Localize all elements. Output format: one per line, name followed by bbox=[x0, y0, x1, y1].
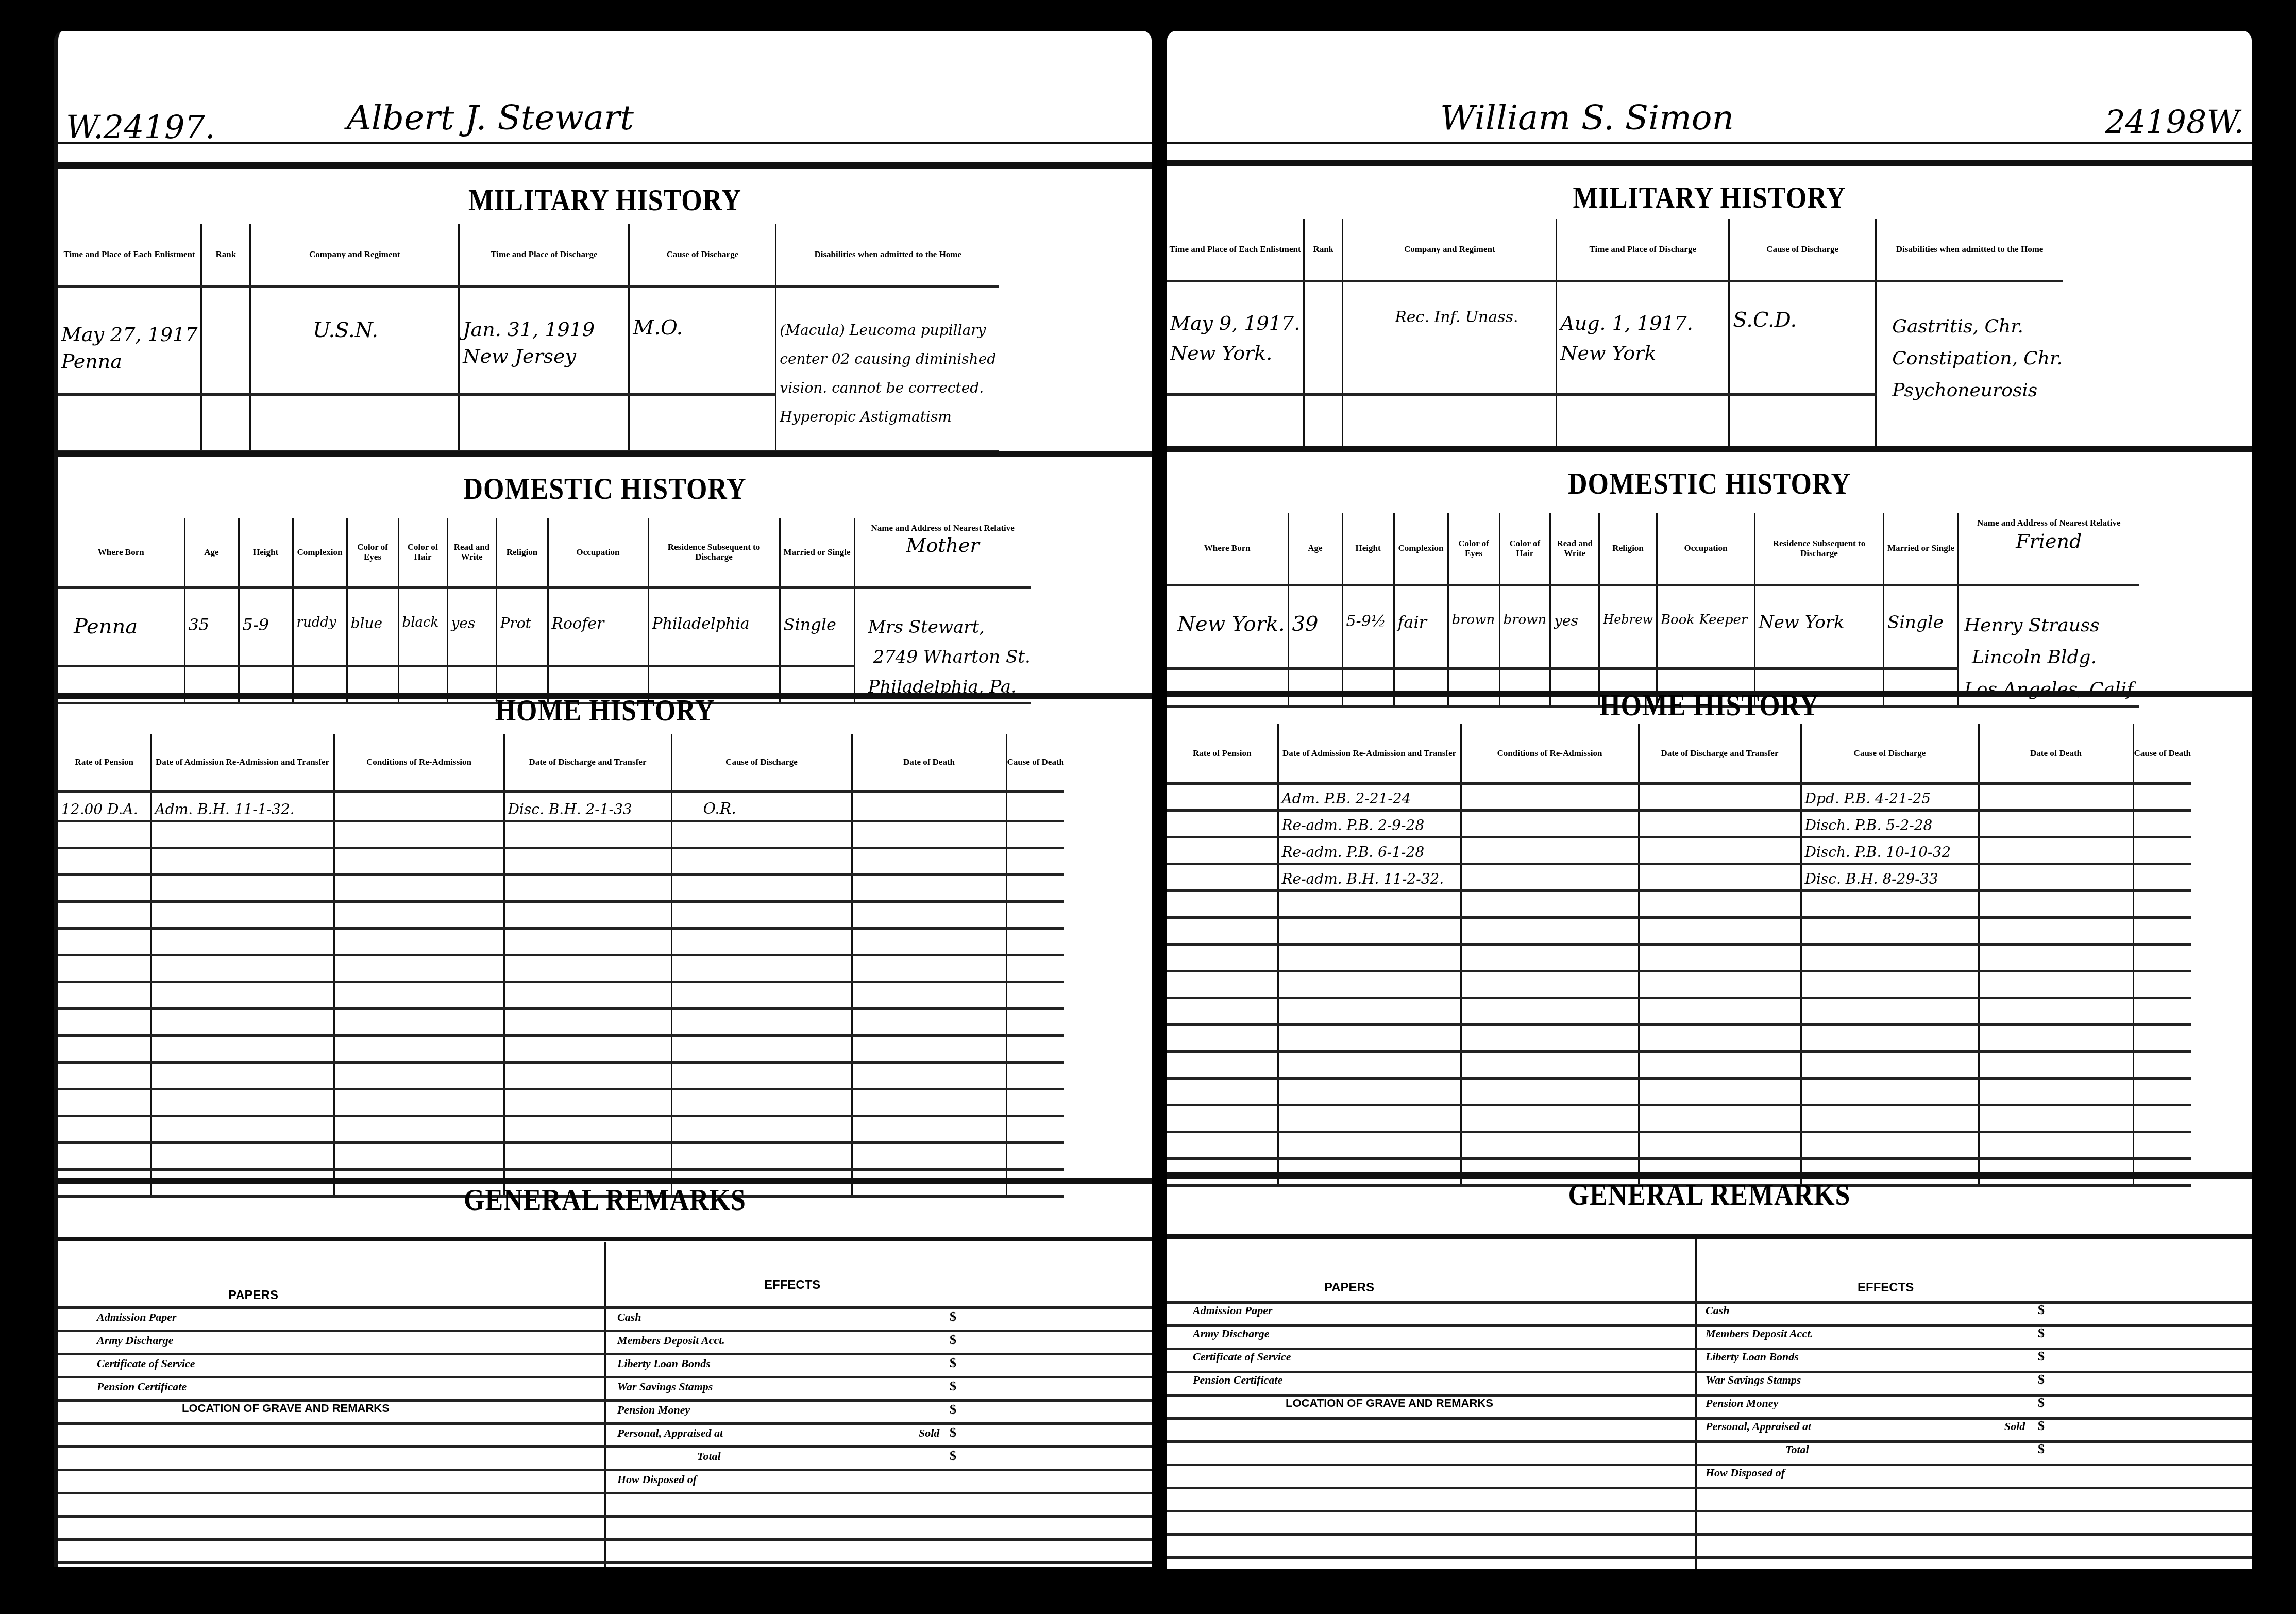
papers-pension-certificate: Pension Certificate bbox=[1193, 1373, 1282, 1387]
right-record-page: William S. Simon 24198W. MILITARY HISTOR… bbox=[1167, 31, 2252, 1569]
col-occupation: Occupation bbox=[1657, 513, 1754, 585]
dollar-sign: $ bbox=[2038, 1418, 2045, 1434]
discharge-date: Aug. 1, 1917. bbox=[1560, 308, 1725, 338]
member-name: Albert J. Stewart bbox=[347, 98, 634, 138]
general-remarks-title: GENERAL REMARKS bbox=[58, 1183, 1152, 1218]
col-discharge: Date of Discharge and Transfer bbox=[1639, 724, 1801, 783]
cause-value: Disch. P.B. 10-10-32 bbox=[1801, 837, 1979, 864]
military-history-title: MILITARY HISTORY bbox=[58, 183, 1152, 218]
eyes-value: blue bbox=[347, 587, 398, 666]
col-conditions: Conditions of Re-Admission bbox=[334, 734, 504, 791]
married-value: Single bbox=[1883, 585, 1958, 669]
hair-value: brown bbox=[1499, 585, 1550, 669]
col-discharge: Time and Place of Discharge bbox=[459, 224, 629, 286]
military-history-table: Time and Place of Each Enlistment Rank C… bbox=[58, 224, 999, 452]
military-history-table: Time and Place of Each Enlistment Rank C… bbox=[1167, 219, 2063, 452]
effects-pension-money: Pension Money bbox=[617, 1403, 690, 1417]
col-discharge: Time and Place of Discharge bbox=[1557, 219, 1729, 281]
death-cause-value bbox=[2133, 837, 2191, 864]
religion-value: Prot bbox=[496, 587, 548, 666]
table-row: May 9, 1917. New York. Rec. Inf. Unass. … bbox=[1167, 281, 2063, 394]
admission-value: Re-adm. B.H. 11-2-32. bbox=[1278, 864, 1461, 890]
name-line bbox=[58, 142, 1152, 144]
cause-value: Disc. B.H. 8-29-33 bbox=[1801, 864, 1979, 890]
effects-heading: EFFECTS bbox=[1858, 1281, 1914, 1295]
effects-cash: Cash bbox=[617, 1310, 641, 1324]
age-value: 35 bbox=[184, 587, 239, 666]
where-born-value: Penna bbox=[58, 587, 184, 666]
cause-value: Dpd. P.B. 4-21-25 bbox=[1801, 783, 1979, 810]
sold-label: Sold bbox=[919, 1426, 939, 1440]
company-value: Rec. Inf. Unass. bbox=[1343, 281, 1557, 394]
effects-members-deposit: Members Deposit Acct. bbox=[1706, 1327, 1813, 1340]
col-eyes: Color of Eyes bbox=[347, 518, 398, 587]
effects-how-disposed: How Disposed of bbox=[1706, 1466, 1785, 1479]
death-cause-value bbox=[1006, 791, 1064, 821]
home-history-table: Rate of Pension Date of Admission Re-Adm… bbox=[1167, 724, 2191, 1187]
effects-cash: Cash bbox=[1706, 1304, 1729, 1317]
discharge-value bbox=[1639, 810, 1801, 837]
effects-personal-appraised: Personal, Appraised at bbox=[617, 1426, 723, 1440]
col-hair: Color of Hair bbox=[398, 518, 447, 587]
col-hair: Color of Hair bbox=[1499, 513, 1550, 585]
where-born-value: New York. bbox=[1167, 585, 1288, 669]
section-divider bbox=[1167, 160, 2252, 166]
papers-pension-certificate: Pension Certificate bbox=[97, 1380, 187, 1393]
col-company: Company and Regiment bbox=[250, 224, 459, 286]
enlistment-place: New York. bbox=[1170, 338, 1300, 368]
pension-value bbox=[1167, 783, 1278, 810]
pension-value bbox=[1167, 864, 1278, 890]
col-death-date: Date of Death bbox=[852, 734, 1006, 791]
discharge-value bbox=[1639, 783, 1801, 810]
relative-line: Mrs Stewart, bbox=[868, 612, 1031, 642]
table-row: Re-adm. P.B. 2-9-28 Disch. P.B. 5-2-28 bbox=[1167, 810, 2191, 837]
complexion-value: ruddy bbox=[293, 587, 347, 666]
col-death-date: Date of Death bbox=[1979, 724, 2133, 783]
dollar-sign: $ bbox=[950, 1425, 956, 1440]
col-rank: Rank bbox=[201, 224, 250, 286]
conditions-value bbox=[1461, 837, 1639, 864]
effects-war-savings: War Savings Stamps bbox=[617, 1380, 713, 1393]
col-height: Height bbox=[1342, 513, 1394, 585]
col-admission: Date of Admission Re-Admission and Trans… bbox=[151, 734, 334, 791]
effects-how-disposed: How Disposed of bbox=[617, 1473, 697, 1486]
col-cause: Cause of Discharge bbox=[1729, 219, 1876, 281]
dollar-sign: $ bbox=[2038, 1395, 2045, 1410]
col-age: Age bbox=[184, 518, 239, 587]
read-write-value: yes bbox=[447, 587, 496, 666]
effects-total: Total bbox=[1785, 1443, 1809, 1456]
rank-value bbox=[201, 286, 250, 394]
age-value: 39 bbox=[1288, 585, 1342, 669]
disability-line: center 02 causing diminished bbox=[780, 345, 996, 374]
table-row: New York. 39 5-9½ fair brown brown yes H… bbox=[1167, 585, 2139, 669]
disability-line: Psychoneurosis bbox=[1892, 375, 2063, 407]
effects-personal-appraised: Personal, Appraised at bbox=[1706, 1420, 1811, 1433]
effects-total: Total bbox=[697, 1450, 721, 1463]
col-eyes: Color of Eyes bbox=[1448, 513, 1499, 585]
pension-value bbox=[1167, 810, 1278, 837]
discharge-value bbox=[1639, 837, 1801, 864]
col-cause: Cause of Discharge bbox=[671, 734, 852, 791]
conditions-value bbox=[1461, 783, 1639, 810]
dollar-sign: $ bbox=[950, 1332, 956, 1348]
enlistment-place: Penna bbox=[61, 348, 197, 375]
col-residence: Residence Subsequent to Discharge bbox=[1754, 513, 1883, 585]
col-where-born: Where Born bbox=[58, 518, 184, 587]
col-disabilities: Disabilities when admitted to the Home bbox=[776, 224, 999, 286]
married-value: Single bbox=[780, 587, 854, 666]
table-row: Adm. P.B. 2-21-24 Dpd. P.B. 4-21-25 bbox=[1167, 783, 2191, 810]
col-height: Height bbox=[239, 518, 293, 587]
relative-line: Henry Strauss bbox=[1964, 610, 2139, 642]
section-divider bbox=[58, 1237, 1152, 1241]
effects-liberty-bonds: Liberty Loan Bonds bbox=[617, 1357, 711, 1370]
general-remarks-area: PAPERS EFFECTS Admission Paper Army Disc… bbox=[1167, 1239, 2252, 1569]
col-cause: Cause of Discharge bbox=[629, 224, 776, 286]
residence-value: New York bbox=[1754, 585, 1883, 669]
effects-war-savings: War Savings Stamps bbox=[1706, 1373, 1801, 1387]
death-date-value bbox=[1979, 783, 2133, 810]
section-divider bbox=[1167, 1234, 2252, 1239]
table-row: Re-adm. P.B. 6-1-28 Disch. P.B. 10-10-32 bbox=[1167, 837, 2191, 864]
col-relative: Name and Address of Nearest Relative bbox=[855, 523, 1031, 533]
domestic-history-table: Where Born Age Height Complexion Color o… bbox=[58, 518, 1031, 704]
effects-pension-money: Pension Money bbox=[1706, 1397, 1778, 1410]
pension-value: 12.00 D.A. bbox=[58, 791, 151, 821]
relative-line: 2749 Wharton St. bbox=[868, 642, 1031, 672]
relative-line: Lincoln Bldg. bbox=[1964, 642, 2139, 674]
col-read-write: Read and Write bbox=[1550, 513, 1599, 585]
col-pension: Rate of Pension bbox=[58, 734, 151, 791]
military-history-title: MILITARY HISTORY bbox=[1167, 181, 2252, 216]
section-divider bbox=[58, 162, 1152, 169]
dollar-sign: $ bbox=[2038, 1349, 2045, 1364]
pension-value bbox=[1167, 837, 1278, 864]
death-date-value bbox=[1979, 810, 2133, 837]
relative-relation: Mother bbox=[855, 533, 1031, 558]
papers-certificate-of-service: Certificate of Service bbox=[1193, 1350, 1291, 1364]
discharge-place: New York bbox=[1560, 338, 1725, 368]
admission-value: Adm. B.H. 11-1-32. bbox=[151, 791, 334, 821]
col-enlistment: Time and Place of Each Enlistment bbox=[1167, 219, 1304, 281]
cause-value: Disch. P.B. 5-2-28 bbox=[1801, 810, 1979, 837]
left-record-page: W.24197. Albert J. Stewart MILITARY HIST… bbox=[54, 31, 1152, 1567]
col-read-write: Read and Write bbox=[447, 518, 496, 587]
papers-army-discharge: Army Discharge bbox=[97, 1334, 174, 1347]
enlistment-date: May 9, 1917. bbox=[1170, 308, 1300, 338]
admission-value: Re-adm. P.B. 2-9-28 bbox=[1278, 810, 1461, 837]
papers-heading: PAPERS bbox=[228, 1288, 278, 1303]
col-complexion: Complexion bbox=[293, 518, 347, 587]
table-row: May 27, 1917 Penna U.S.N. Jan. 31, 1919 … bbox=[58, 286, 999, 394]
religion-value: Hebrew bbox=[1599, 585, 1657, 669]
grave-location-heading: LOCATION OF GRAVE AND REMARKS bbox=[1286, 1397, 1493, 1410]
dollar-sign: $ bbox=[950, 1378, 956, 1394]
sold-label: Sold bbox=[2004, 1420, 2025, 1433]
table-row: 12.00 D.A. Adm. B.H. 11-1-32. Disc. B.H.… bbox=[58, 791, 1064, 821]
column-divider bbox=[604, 1242, 606, 1567]
cause-value: M.O. bbox=[629, 286, 776, 394]
disability-line: (Macula) Leucoma pupillary bbox=[780, 316, 996, 345]
conditions-value bbox=[334, 791, 504, 821]
dollar-sign: $ bbox=[2038, 1372, 2045, 1387]
col-religion: Religion bbox=[1599, 513, 1657, 585]
col-enlistment: Time and Place of Each Enlistment bbox=[58, 224, 201, 286]
dollar-sign: $ bbox=[2038, 1441, 2045, 1457]
papers-army-discharge: Army Discharge bbox=[1193, 1327, 1270, 1340]
col-relative: Name and Address of Nearest Relative bbox=[1959, 518, 2139, 528]
col-pension: Rate of Pension bbox=[1167, 724, 1278, 783]
home-history-table: Rate of Pension Date of Admission Re-Adm… bbox=[58, 734, 1064, 1198]
height-value: 5-9 bbox=[239, 587, 293, 666]
death-cause-value bbox=[2133, 783, 2191, 810]
table-row: Penna 35 5-9 ruddy blue black yes Prot R… bbox=[58, 587, 1031, 666]
complexion-value: fair bbox=[1394, 585, 1448, 669]
conditions-value bbox=[1461, 864, 1639, 890]
effects-heading: EFFECTS bbox=[764, 1278, 820, 1292]
domestic-history-table: Where Born Age Height Complexion Color o… bbox=[1167, 513, 2139, 708]
col-complexion: Complexion bbox=[1394, 513, 1448, 585]
member-name: William S. Simon bbox=[1440, 98, 1734, 138]
domestic-history-title: DOMESTIC HISTORY bbox=[1167, 467, 2252, 502]
col-cause: Cause of Discharge bbox=[1801, 724, 1979, 783]
admission-value: Adm. P.B. 2-21-24 bbox=[1278, 783, 1461, 810]
disability-line: Gastritis, Chr. bbox=[1892, 311, 2063, 343]
dollar-sign: $ bbox=[2038, 1302, 2045, 1318]
home-history-title: HOME HISTORY bbox=[1167, 688, 2252, 724]
occupation-value: Roofer bbox=[548, 587, 648, 666]
death-date-value bbox=[852, 791, 1006, 821]
home-history-title: HOME HISTORY bbox=[58, 694, 1152, 729]
col-occupation: Occupation bbox=[548, 518, 648, 587]
dollar-sign: $ bbox=[950, 1448, 956, 1464]
discharge-place: New Jersey bbox=[463, 343, 625, 369]
enlistment-date: May 27, 1917 bbox=[61, 321, 197, 348]
section-divider bbox=[1167, 446, 2252, 452]
col-discharge: Date of Discharge and Transfer bbox=[504, 734, 671, 791]
discharge-value bbox=[1639, 864, 1801, 890]
col-death-cause: Cause of Death bbox=[1006, 734, 1064, 791]
col-company: Company and Regiment bbox=[1343, 219, 1557, 281]
papers-admission-paper: Admission Paper bbox=[97, 1310, 177, 1324]
death-date-value bbox=[1979, 864, 2133, 890]
dollar-sign: $ bbox=[2038, 1325, 2045, 1341]
occupation-value: Book Keeper bbox=[1657, 585, 1754, 669]
col-admission: Date of Admission Re-Admission and Trans… bbox=[1278, 724, 1461, 783]
dollar-sign: $ bbox=[950, 1355, 956, 1371]
name-line bbox=[1167, 142, 2252, 144]
col-married: Married or Single bbox=[780, 518, 854, 587]
eyes-value: brown bbox=[1448, 585, 1499, 669]
record-number: 24198W. bbox=[2105, 103, 2244, 141]
admission-value: Re-adm. P.B. 6-1-28 bbox=[1278, 837, 1461, 864]
cause-value: S.C.D. bbox=[1729, 281, 1876, 394]
discharge-value: Disc. B.H. 2-1-33 bbox=[504, 791, 671, 821]
discharge-date: Jan. 31, 1919 bbox=[463, 316, 625, 343]
table-row: Re-adm. B.H. 11-2-32. Disc. B.H. 8-29-33 bbox=[1167, 864, 2191, 890]
cause-value: O.R. bbox=[671, 791, 852, 821]
col-married: Married or Single bbox=[1883, 513, 1958, 585]
col-rank: Rank bbox=[1304, 219, 1343, 281]
relative-relation: Friend bbox=[1959, 528, 2139, 554]
general-remarks-area: PAPERS EFFECTS Admission Paper Army Disc… bbox=[58, 1242, 1152, 1567]
papers-certificate-of-service: Certificate of Service bbox=[97, 1357, 195, 1370]
col-residence: Residence Subsequent to Discharge bbox=[648, 518, 780, 587]
papers-heading: PAPERS bbox=[1324, 1281, 1374, 1295]
read-write-value: yes bbox=[1550, 585, 1599, 669]
effects-members-deposit: Members Deposit Acct. bbox=[617, 1334, 725, 1347]
col-disabilities: Disabilities when admitted to the Home bbox=[1876, 219, 2063, 281]
dollar-sign: $ bbox=[950, 1402, 956, 1417]
death-cause-value bbox=[2133, 810, 2191, 837]
hair-value: black bbox=[398, 587, 447, 666]
death-date-value bbox=[1979, 837, 2133, 864]
height-value: 5-9½ bbox=[1342, 585, 1394, 669]
col-where-born: Where Born bbox=[1167, 513, 1288, 585]
section-divider bbox=[58, 451, 1152, 457]
col-religion: Religion bbox=[496, 518, 548, 587]
column-divider bbox=[1695, 1239, 1697, 1569]
rank-value bbox=[1304, 281, 1343, 394]
residence-value: Philadelphia bbox=[648, 587, 780, 666]
general-remarks-title: GENERAL REMARKS bbox=[1167, 1178, 2252, 1213]
disability-line: vision. cannot be corrected. bbox=[780, 374, 996, 402]
dollar-sign: $ bbox=[950, 1309, 956, 1324]
papers-admission-paper: Admission Paper bbox=[1193, 1304, 1273, 1317]
company-value: U.S.N. bbox=[250, 286, 459, 394]
col-age: Age bbox=[1288, 513, 1342, 585]
domestic-history-title: DOMESTIC HISTORY bbox=[58, 472, 1152, 507]
conditions-value bbox=[1461, 810, 1639, 837]
grave-location-heading: LOCATION OF GRAVE AND REMARKS bbox=[182, 1402, 390, 1415]
effects-liberty-bonds: Liberty Loan Bonds bbox=[1706, 1350, 1799, 1364]
col-conditions: Conditions of Re-Admission bbox=[1461, 724, 1639, 783]
col-death-cause: Cause of Death bbox=[2133, 724, 2191, 783]
disability-line: Hyperopic Astigmatism bbox=[780, 402, 996, 431]
disability-line: Constipation, Chr. bbox=[1892, 343, 2063, 375]
record-number: W.24197. bbox=[66, 108, 215, 146]
death-cause-value bbox=[2133, 864, 2191, 890]
